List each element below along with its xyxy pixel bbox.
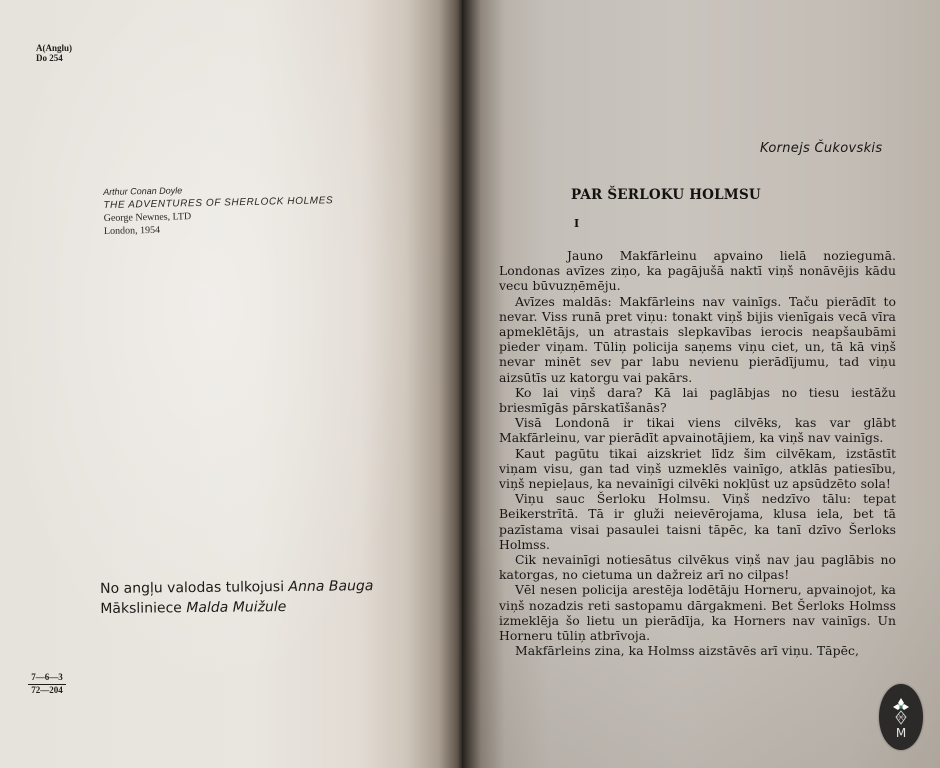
print-code: 7—6—3 72—204 (28, 672, 66, 696)
paragraph: Avīzes maldās: Makfārleins nav vainīgs. … (499, 294, 896, 385)
paragraph: Visā Londonā ir tikai viens cilvēks, kas… (499, 415, 896, 445)
essay-title: PAR ŠERLOKU HOLMSU (571, 187, 761, 203)
paragraph: Ko lai viņš dara? Kā lai paglābjas no ti… (499, 385, 896, 415)
left-page: A(Anglu) Do 254 Arthur Conan Doyle THE A… (0, 0, 462, 768)
paragraph: Makfārleins zina, ka Holmss aizstāvēs ar… (499, 643, 896, 658)
artist-name: Malda Muižule (186, 599, 286, 616)
paragraph: Jauno Makfārleinu apvaino lielā noziegum… (499, 248, 896, 294)
catalog-code: A(Anglu) Do 254 (36, 43, 72, 63)
watermark-badge: M (879, 684, 923, 750)
watermark-letter: M (896, 726, 906, 740)
catalog-code-line: A(Anglu) (36, 43, 72, 53)
catalog-code-line: Do 254 (36, 53, 72, 63)
paragraph: Cik nevainīgi notiesātus cilvēkus viņš n… (499, 552, 896, 582)
translator-credit: No angļu valodas tulkojusi Anna Bauga (100, 576, 373, 599)
print-code-bottom: 72—204 (28, 685, 66, 696)
credits: No angļu valodas tulkojusi Anna Bauga Mā… (100, 576, 374, 619)
artist-label: Māksliniece (100, 600, 182, 617)
artist-credit: Māksliniece Malda Muižule (100, 596, 373, 619)
body-text: Jauno Makfārleinu apvaino lielā noziegum… (499, 248, 896, 658)
essay-author: Kornejs Čukovskis (760, 141, 882, 156)
flower-diamond-m-logo-icon: M (879, 684, 923, 750)
original-edition-info: Arthur Conan Doyle THE ADVENTURES OF SHE… (103, 181, 334, 238)
open-book: A(Anglu) Do 254 Arthur Conan Doyle THE A… (0, 0, 940, 768)
paragraph: Viņu sauc Šerloku Holmsu. Viņš nedzīvo t… (499, 491, 896, 552)
translator-label: No angļu valodas tulkojusi (100, 579, 284, 597)
print-code-top: 7—6—3 (28, 672, 66, 685)
chapter-number: I (574, 217, 579, 230)
paragraph: Kaut pagūtu tikai aizskriet līdz šim cil… (499, 446, 896, 492)
translator-name: Anna Bauga (288, 578, 373, 595)
paragraph: Vēl nesen policija arestēja lodētāju Hor… (499, 582, 896, 643)
